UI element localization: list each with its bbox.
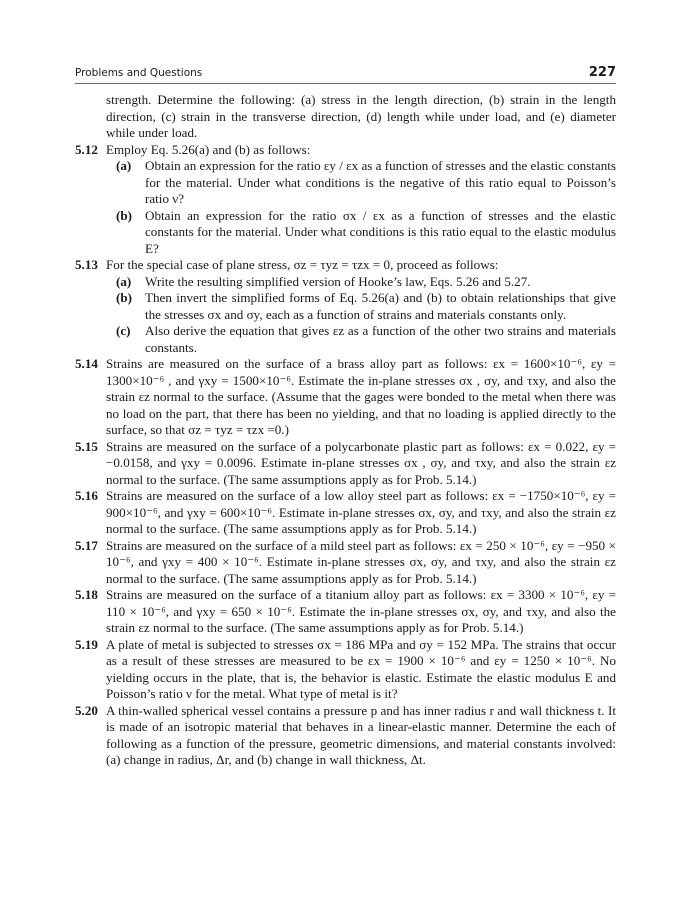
- problem-text: Strains are measured on the surface of a…: [106, 587, 616, 635]
- problem-part: (b) Then invert the simplified forms of …: [75, 290, 616, 323]
- problem-text: A plate of metal is subjected to stresse…: [106, 637, 616, 702]
- part-text: Then invert the simplified forms of Eq. …: [145, 290, 616, 322]
- problem-5-18: 5.18 Strains are measured on the surface…: [75, 587, 616, 637]
- problem-5-12: 5.12 Employ Eq. 5.26(a) and (b) as follo…: [75, 142, 616, 159]
- problem-text: A thin-walled spherical vessel contains …: [106, 703, 616, 768]
- problem-number: 5.20: [75, 703, 98, 720]
- problem-text: For the special case of plane stress, σz…: [106, 257, 498, 272]
- problem-5-15: 5.15 Strains are measured on the surface…: [75, 439, 616, 489]
- running-title: Problems and Questions: [75, 67, 202, 79]
- part-label: (b): [116, 208, 132, 225]
- problem-number: 5.19: [75, 637, 98, 654]
- problem-text: Strains are measured on the surface of a…: [106, 439, 616, 487]
- problem-5-13: 5.13 For the special case of plane stres…: [75, 257, 616, 274]
- problem-part: (a) Write the resulting simplified versi…: [75, 274, 616, 291]
- running-header: Problems and Questions 227: [75, 66, 616, 84]
- problem-number: 5.15: [75, 439, 98, 456]
- problem-5-19: 5.19 A plate of metal is subjected to st…: [75, 637, 616, 703]
- problem-part: (b) Obtain an expression for the ratio σ…: [75, 208, 616, 258]
- page-number: 227: [589, 65, 616, 80]
- problem-5-20: 5.20 A thin-walled spherical vessel cont…: [75, 703, 616, 769]
- problem-text: Strains are measured on the surface of a…: [106, 488, 616, 536]
- part-text: Also derive the equation that gives εz a…: [145, 323, 616, 355]
- problem-text: Employ Eq. 5.26(a) and (b) as follows:: [106, 142, 310, 157]
- problem-part: (a) Obtain an expression for the ratio ε…: [75, 158, 616, 208]
- problem-text: Strains are measured on the surface of a…: [106, 538, 616, 586]
- problem-number: 5.18: [75, 587, 98, 604]
- part-label: (c): [116, 323, 131, 340]
- part-text: Obtain an expression for the ratio εy / …: [145, 158, 616, 206]
- problem-part: (c) Also derive the equation that gives …: [75, 323, 616, 356]
- part-text: Obtain an expression for the ratio σx / …: [145, 208, 616, 256]
- problem-text: Strains are measured on the surface of a…: [106, 356, 616, 437]
- problem-list: strength. Determine the following: (a) s…: [75, 92, 616, 769]
- continuation-paragraph: strength. Determine the following: (a) s…: [75, 92, 616, 142]
- problem-number: 5.13: [75, 257, 98, 274]
- problem-5-16: 5.16 Strains are measured on the surface…: [75, 488, 616, 538]
- problem-5-17: 5.17 Strains are measured on the surface…: [75, 538, 616, 588]
- problem-number: 5.17: [75, 538, 98, 555]
- part-label: (a): [116, 158, 131, 175]
- part-text: Write the resulting simplified version o…: [145, 274, 531, 289]
- part-label: (a): [116, 274, 131, 291]
- problem-number: 5.14: [75, 356, 98, 373]
- part-label: (b): [116, 290, 132, 307]
- problem-number: 5.12: [75, 142, 98, 159]
- problem-number: 5.16: [75, 488, 98, 505]
- problem-5-14: 5.14 Strains are measured on the surface…: [75, 356, 616, 439]
